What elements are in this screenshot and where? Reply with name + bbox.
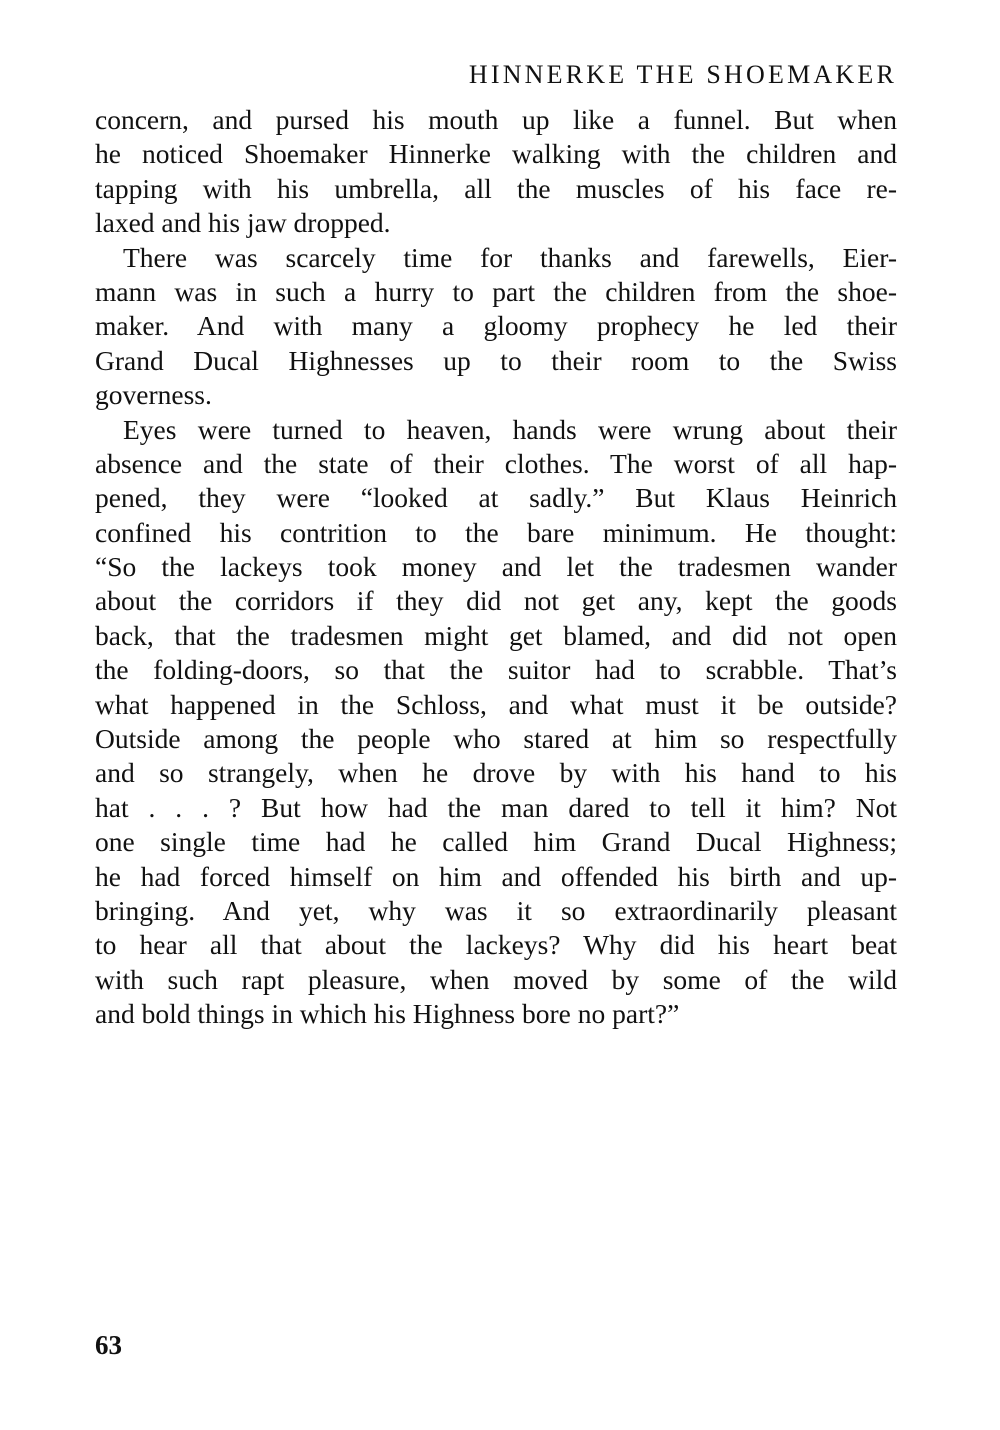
paragraph-1: concern, and pursed his mouth up like a … — [95, 103, 897, 241]
text-line: one single time had he called him Grand … — [95, 825, 897, 859]
text-line: laxed and his jaw dropped. — [95, 206, 897, 240]
text-line: absence and the state of their clothes. … — [95, 447, 897, 481]
paragraph-3: Eyes were turned to heaven, hands were w… — [95, 413, 897, 1032]
text-line: and bold things in which his Highness bo… — [95, 997, 897, 1031]
text-line: hat . . . ? But how had the man dared to… — [95, 791, 897, 825]
text-line: confined his contrition to the bare mini… — [95, 516, 897, 550]
text-line: with such rapt pleasure, when moved by s… — [95, 963, 897, 997]
text-line: mann was in such a hurry to part the chi… — [95, 275, 897, 309]
text-line: governess. — [95, 378, 897, 412]
book-page: HINNERKE THE SHOEMAKER concern, and purs… — [95, 55, 897, 1032]
text-line: maker. And with many a gloomy prophecy h… — [95, 309, 897, 343]
text-line: to hear all that about the lackeys? Why … — [95, 928, 897, 962]
text-line: bringing. And yet, why was it so extraor… — [95, 894, 897, 928]
text-line: what happened in the Schloss, and what m… — [95, 688, 897, 722]
text-line: Outside among the people who stared at h… — [95, 722, 897, 756]
text-line: tapping with his umbrella, all the muscl… — [95, 172, 897, 206]
text-line: There was scarcely time for thanks and f… — [95, 241, 897, 275]
page-number: 63 — [95, 1330, 122, 1361]
running-head: HINNERKE THE SHOEMAKER — [95, 55, 897, 103]
text-line: concern, and pursed his mouth up like a … — [95, 103, 897, 137]
text-line: he had forced himself on him and offende… — [95, 860, 897, 894]
text-line: pened, they were “looked at sadly.” But … — [95, 481, 897, 515]
text-line: about the corridors if they did not get … — [95, 584, 897, 618]
text-line: back, that the tradesmen might get blame… — [95, 619, 897, 653]
text-line: and so strangely, when he drove by with … — [95, 756, 897, 790]
text-line: the folding-doors, so that the suitor ha… — [95, 653, 897, 687]
paragraph-2: There was scarcely time for thanks and f… — [95, 241, 897, 413]
text-line: Grand Ducal Highnesses up to their room … — [95, 344, 897, 378]
text-line: Eyes were turned to heaven, hands were w… — [95, 413, 897, 447]
text-line: “So the lackeys took money and let the t… — [95, 550, 897, 584]
text-line: he noticed Shoemaker Hinnerke walking wi… — [95, 137, 897, 171]
